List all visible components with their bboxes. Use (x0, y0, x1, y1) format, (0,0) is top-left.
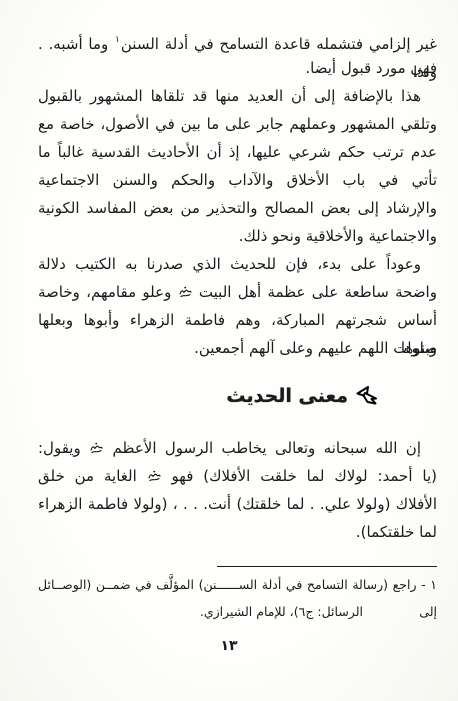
body-text: ويقول: (38, 439, 81, 457)
body-line: تأتي في باب الأخلاق والآداب والحكم والسن… (38, 166, 437, 194)
body-text: غير إلزامي فتشمله قاعدة التسامح في أدلة … (121, 35, 437, 53)
body-line: هذا بالإضافة إلى أن العديد منها قد تلقاه… (38, 82, 437, 110)
honorific-icon (179, 279, 192, 307)
body-text: واضحة ساطعة على عظمة أهل البيت (199, 283, 437, 301)
body-text: إن الله سبحانه وتعالى يخاطب الرسول الأعظ… (113, 439, 421, 457)
body-line: الأفلاك (ولولا علي. . لما خلقتك) أنت. . … (38, 490, 437, 518)
body-line: صلوات اللهم عليهم وعلى آلهم أجمعين. (38, 334, 437, 362)
body-line: عدم ترتب حكم شرعي عليها، إذ أن الأحاديث … (38, 138, 437, 166)
honorific-icon (90, 435, 103, 463)
body-line: إن الله سبحانه وتعالى يخاطب الرسول الأعظ… (38, 434, 437, 462)
body-text: وعلو مقامهم، وخاصة (38, 283, 171, 301)
body-line: فهي مورد قبول أيضا. (38, 54, 437, 82)
main-text-block: غير إلزامي فتشمله قاعدة التسامح في أدلة … (38, 26, 437, 546)
footnote-block: ١ - راجع (رسالة التسامح في أدلة الســـــ… (38, 558, 437, 625)
footnote-ref: ١ (114, 35, 121, 45)
honorific-icon (148, 463, 161, 491)
body-line: لما خلقتكما). (38, 518, 437, 546)
body-line: والاجتماعية والأخلاقية ونحو ذلك. (38, 222, 437, 250)
body-text: الغاية من خلق (38, 467, 137, 485)
footnote-line: الرسائل: ج٦)، للإمام الشيرازي. (38, 598, 437, 625)
body-line: (يا أحمد: لولاك لما خلقت الأفلاك) فهو ال… (38, 462, 437, 490)
section-heading-text: معنى الحديث (226, 385, 348, 407)
footnote-separator (217, 566, 437, 567)
footnote-line: ١ - راجع (رسالة التسامح في أدلة الســـــ… (38, 571, 437, 598)
body-line: واضحة ساطعة على عظمة أهل البيت وعلو مقام… (38, 278, 437, 306)
body-line: وعوداً على بدء، فإن للحديث الذي صدرنا به… (38, 250, 437, 278)
body-line: وتلقي المشهور وعملهم جابر على ما بين في … (38, 110, 437, 138)
book-page: غير إلزامي فتشمله قاعدة التسامح في أدلة … (0, 0, 458, 701)
section-heading: معنى الحديث (38, 380, 437, 412)
body-line: غير إلزامي فتشمله قاعدة التسامح في أدلة … (38, 26, 437, 54)
section-marker-icon (355, 385, 379, 417)
body-line: أساس شجرتهم المباركة، وهم فاطمة الزهراء … (38, 306, 437, 334)
body-text: (يا أحمد: لولاك لما خلقت الأفلاك) فهو (172, 467, 437, 485)
page-number: ١٣ (0, 638, 458, 654)
body-line: والإرشاد إلى بعض المصالح والتحذير من بعض… (38, 194, 437, 222)
